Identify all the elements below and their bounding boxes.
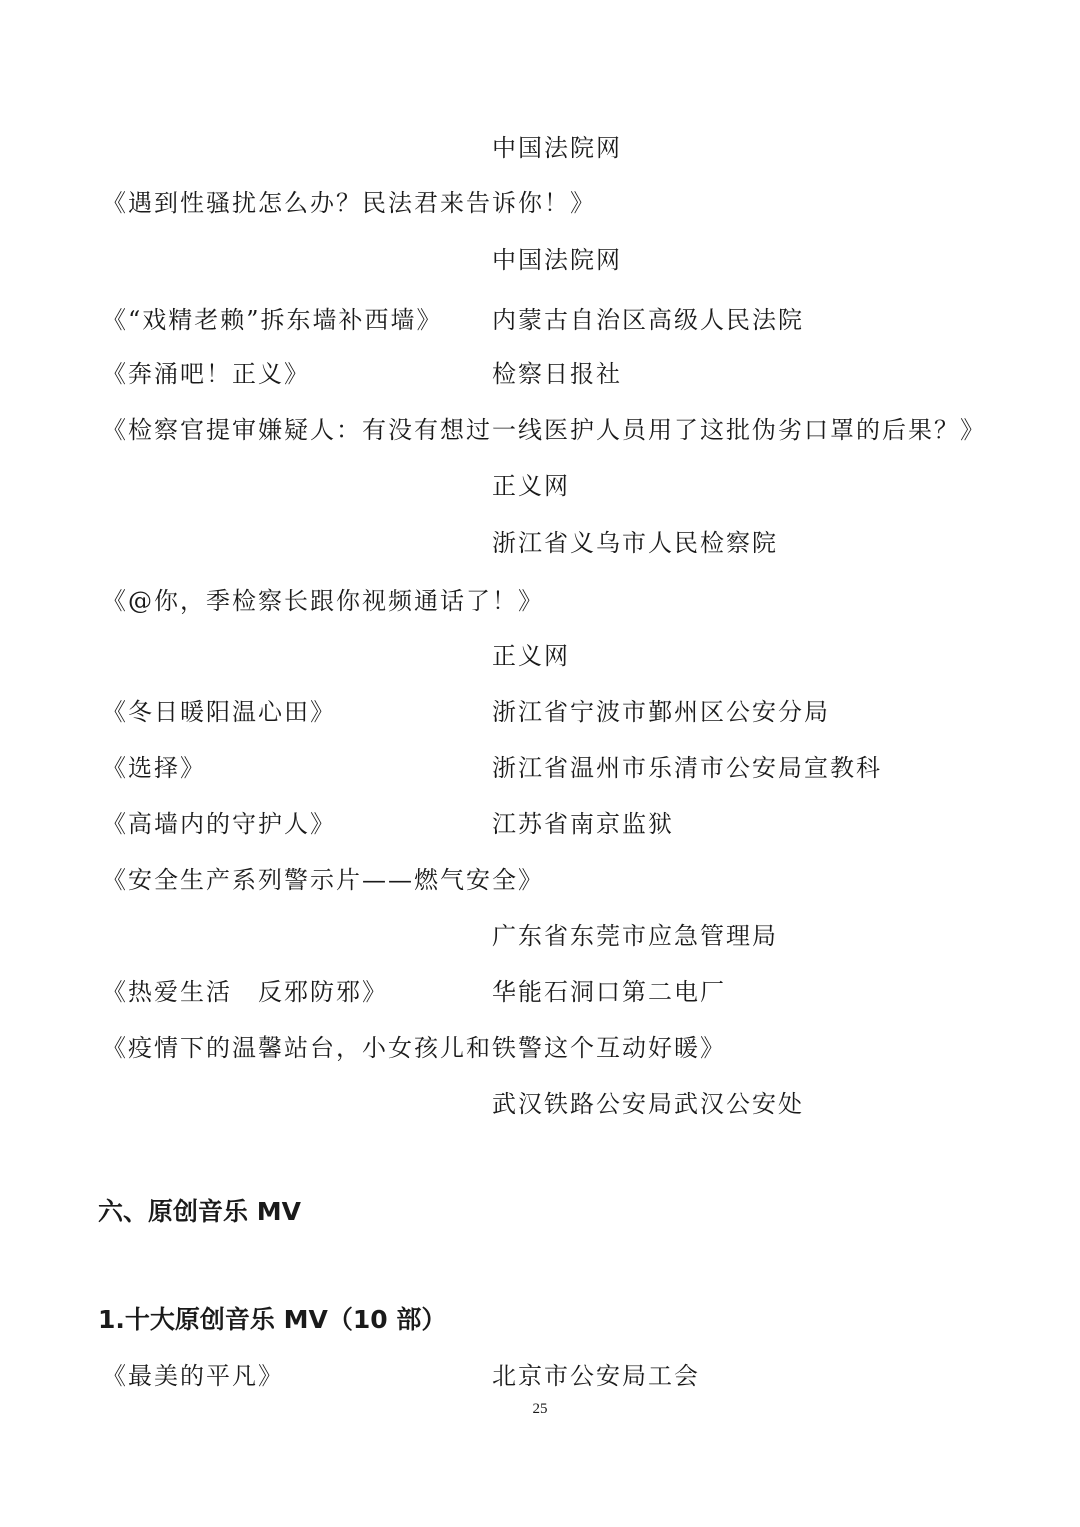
section-heading: 六、原创音乐 MV <box>98 1197 301 1227</box>
entry-title: 《检察官提审嫌疑人：有没有想过一线医护人员用了这批伪劣口罩的后果？》 <box>102 415 986 445</box>
entry-org: 广东省东莞市应急管理局 <box>492 921 778 951</box>
entry-org: 正义网 <box>492 471 570 501</box>
entry-org: 江苏省南京监狱 <box>492 809 674 839</box>
mv-entry-org: 北京市公安局工会 <box>492 1361 700 1391</box>
mv-entry-title: 《最美的平凡》 <box>102 1361 284 1391</box>
entry-org: 武汉铁路公安局武汉公安处 <box>492 1089 804 1119</box>
entry-org: 中国法院网 <box>492 245 622 275</box>
entry-title: 《高墙内的守护人》 <box>102 809 336 839</box>
entry-org: 华能石洞口第二电厂 <box>492 977 726 1007</box>
entry-org: 浙江省义乌市人民检察院 <box>492 528 778 558</box>
entry-org: 正义网 <box>492 641 570 671</box>
entry-title: 《安全生产系列警示片——燃气安全》 <box>102 865 544 895</box>
entry-title: 《冬日暖阳温心田》 <box>102 697 336 727</box>
page-number: 25 <box>0 1400 1080 1418</box>
entry-title: 《遇到性骚扰怎么办？民法君来告诉你！》 <box>102 188 596 218</box>
entry-title: 《@你，季检察长跟你视频通话了！》 <box>102 586 544 616</box>
entry-title: 《热爱生活 反邪防邪》 <box>102 977 388 1007</box>
entry-org: 中国法院网 <box>492 133 622 163</box>
entry-title: 《“戏精老赖”拆东墙补西墙》 <box>102 305 443 335</box>
entry-org: 浙江省宁波市鄞州区公安分局 <box>492 697 830 727</box>
entry-org: 检察日报社 <box>492 359 622 389</box>
entry-org: 浙江省温州市乐清市公安局宣教科 <box>492 753 882 783</box>
section-subheading: 1.十大原创音乐 MV（10 部） <box>98 1305 446 1335</box>
entry-title: 《疫情下的温馨站台，小女孩儿和铁警这个互动好暖》 <box>102 1033 726 1063</box>
entry-title: 《选择》 <box>102 753 206 783</box>
entry-title: 《奔涌吧！正义》 <box>102 359 310 389</box>
entry-org: 内蒙古自治区高级人民法院 <box>492 305 804 335</box>
